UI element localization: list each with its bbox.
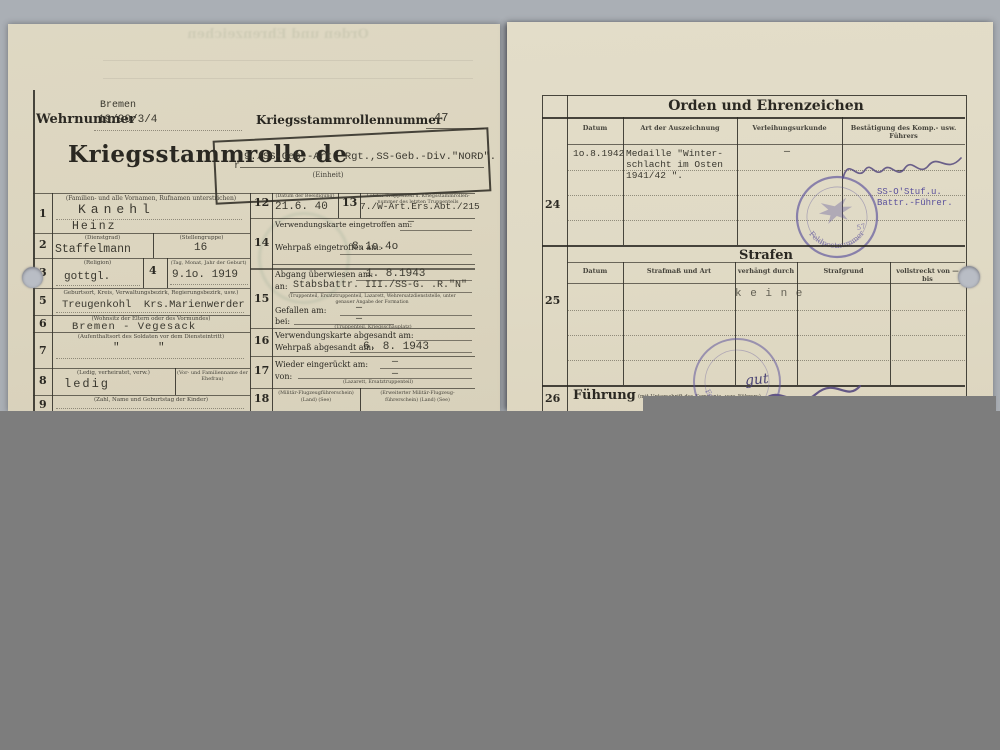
residence-value: Bremen - Vegesack — [72, 321, 196, 333]
wieder-eingerueckt-value: — — [392, 357, 398, 368]
strafen-col-verhaengt: verhängt durch — [735, 267, 797, 275]
wieder-eingerueckt-label: Wieder eingerückt am: — [275, 360, 368, 369]
cell-divider — [143, 258, 144, 288]
row-divider — [250, 388, 475, 389]
field-rule — [56, 312, 244, 313]
orden-col-bestaetigung: Bestätigung des Komp.- usw. Führers — [842, 124, 965, 140]
field-rule — [298, 378, 472, 379]
firstname-value: Heinz — [72, 220, 117, 233]
strafen-col-vollstreckt: vollstreckt von — bis — [890, 267, 965, 283]
column-divider — [623, 117, 624, 245]
row-number: 1 — [39, 207, 47, 220]
wehrnummer-value: 19/90/3/4 — [98, 114, 157, 126]
dienstgrad-value: Staffelmann — [55, 243, 131, 256]
field-rule — [56, 408, 244, 409]
abgang-an-value: Stabsbattr. III./SS-G. .R."N" — [293, 280, 467, 291]
von-note: (Lazarett, Ersatztruppenteil) — [308, 380, 448, 386]
whereabouts-label: (Aufenthaltsort des Soldaten vor dem Die… — [52, 334, 250, 341]
field-rule — [290, 292, 472, 293]
stammrollennummer-label: Kriegsstammrollennummer — [256, 113, 442, 127]
beeidigung-value: 21.6. 40 — [275, 201, 328, 213]
cell-divider — [338, 193, 339, 218]
gefallen-label: Gefallen am: — [275, 306, 326, 315]
bleed-through-rule — [103, 78, 473, 79]
religion-label: (Religion) — [52, 260, 143, 267]
ditto-mark: " — [158, 342, 165, 354]
row-divider — [33, 288, 250, 289]
verwendungskarte-ein-label: Verwendungskarte eingetroffen am: — [275, 220, 412, 229]
verwendungskarte-ab-label: Verwendungskarte abgesandt am: — [275, 331, 414, 340]
section-divider — [542, 245, 965, 247]
strafen-entry-value: k e i n e — [735, 288, 803, 300]
gefallen-bei-label: bei: — [275, 317, 290, 326]
wehrnummer-city-value: Bremen — [100, 100, 136, 111]
birthplace-value: Treugenkohl Krs.Marienwerder — [62, 299, 245, 311]
gray-cover-bottom — [0, 411, 1000, 750]
ditto-mark: " — [113, 342, 120, 354]
orden-col-datum: Datum — [567, 124, 623, 132]
row-number: 26 — [545, 392, 560, 405]
middle-number-column-line — [250, 193, 251, 412]
strafen-col-strafmass: Strafmaß und Art — [623, 267, 735, 275]
entry-rule — [567, 310, 965, 311]
field-rule — [350, 352, 472, 353]
field-rule — [400, 230, 472, 231]
row-divider — [33, 395, 250, 396]
verwendungskarte-ein-value: — — [408, 217, 414, 228]
wehrpass-ein-value: 8.1o.4o — [352, 241, 398, 253]
signer-rank-line1: SS-O'Stuf.u. — [877, 187, 942, 197]
row-number: 7 — [39, 344, 47, 357]
row-divider — [250, 218, 475, 219]
last-unit-value: 7./W-Art.Ers.Abt./215 — [360, 201, 480, 212]
eagle-emblem — [817, 197, 855, 226]
row-number: 9 — [39, 398, 47, 411]
section-title-divider — [567, 262, 965, 263]
stellengruppe-label: (Stellengruppe) — [153, 235, 250, 242]
header-row-divider — [567, 144, 965, 145]
row-number: 8 — [39, 374, 47, 387]
religion-value: gottgl. — [64, 271, 110, 283]
bleed-through-rule — [103, 60, 473, 61]
form-left-border — [33, 90, 35, 412]
flugzeugfuehrerschein-label-line1: (Militär-Flugzeugführerschein) — [272, 391, 360, 397]
erweiterter-schein-label-line2: führerschein) (Land) (See) — [360, 398, 475, 404]
row-number: 15 — [254, 292, 269, 305]
gray-cover-notch — [643, 396, 996, 412]
award-name-line2: schlacht im Osten — [626, 159, 723, 170]
row-divider — [33, 368, 250, 369]
row-number-column-line — [52, 193, 53, 412]
marital-status-label: (Ledig, verheiratet, verw.) — [52, 370, 175, 377]
row-number: 13 — [342, 196, 357, 209]
wehrnummer-rule — [94, 130, 242, 131]
stammrollennummer-value: 47 — [434, 111, 448, 125]
header-row-divider — [567, 283, 965, 284]
award-name-line3: 1941/42 ". — [626, 170, 683, 181]
signer-rank-line2: Battr.-Führer. — [877, 198, 953, 208]
birthdate-label: (Tag, Monat, Jahr der Geburt) — [167, 260, 250, 266]
column-divider — [737, 117, 738, 245]
field-rule — [272, 264, 475, 265]
field-rule — [340, 254, 472, 255]
punch-hole-left — [22, 267, 43, 288]
abgang-note-line2: genauer Angabe der Formation — [272, 300, 472, 306]
row-number: 14 — [254, 236, 269, 249]
row-number: 24 — [545, 198, 560, 211]
field-rule — [56, 285, 140, 286]
row-divider — [33, 258, 250, 259]
wehrpass-ab-label: Wehrpaß abgesandt am: — [275, 343, 374, 352]
wife-name-label: (Vor- und Familienname der Ehefrau) — [175, 370, 250, 383]
fuehrung-label: Führung — [573, 388, 636, 403]
marital-status-value: ledig — [64, 377, 110, 391]
stamp-number: 57 — [856, 222, 866, 232]
gefallen-value: — — [356, 303, 362, 314]
orden-section-title: Orden und Ehrenzeichen — [567, 98, 965, 114]
urkunde-dash: — — [784, 147, 790, 158]
field-rule — [56, 358, 244, 359]
erweiterter-schein-label-line1: (Erweiterter Militär-Flugzeug- — [360, 391, 475, 397]
column-divider — [797, 262, 798, 385]
orden-col-urkunde: Verleihungsurkunde — [737, 124, 842, 132]
row-number: 5 — [39, 294, 47, 307]
kriegsstammrolle-right-page: Orden und Ehrenzeichen Datum Art der Aus… — [507, 22, 993, 412]
dienstgrad-label: (Dienstgrad) — [52, 235, 153, 242]
abgang-value: 1. 8.1943 — [366, 268, 425, 280]
row-number: 18 — [254, 392, 269, 405]
row-number: 25 — [545, 294, 560, 307]
award-name-line1: Medaille "Winter- — [626, 148, 723, 159]
strafen-section-title: Strafen — [567, 248, 965, 263]
kriegsstammrolle-left-page: Orden und Ehrenzeichen Wehrnummer Bremen… — [8, 24, 500, 412]
children-label: (Zahl, Name und Geburtstag der Kinder) — [52, 397, 250, 404]
abgang-label: Abgang überwiesen am: — [275, 270, 373, 279]
flugzeugfuehrerschein-label-line2: (Land) (See) — [272, 398, 360, 404]
stellengruppe-value: 16 — [194, 242, 207, 254]
row-number: 6 — [39, 317, 47, 330]
birthplace-label: Geburtsort, Kreis, Verwaltungsbezirk, Re… — [52, 290, 250, 297]
strafen-col-strafgrund: Strafgrund — [797, 267, 890, 275]
strafen-col-datum: Datum — [567, 267, 623, 275]
von-label: von: — [275, 372, 292, 381]
award-date-value: 1o.8.1942 — [573, 148, 624, 159]
row-number: 4 — [149, 264, 157, 277]
section-divider — [542, 117, 965, 119]
row-number: 17 — [254, 364, 269, 377]
photo-background: Orden und Ehrenzeichen Wehrnummer Bremen… — [0, 0, 1000, 750]
column-divider — [623, 262, 624, 385]
beeidigung-label: (Datum der Beeidigung) — [272, 194, 338, 200]
abgang-note-line1: (Truppenteil, Ersatztruppenteil, Lazaret… — [272, 294, 472, 300]
birthdate-value: 9.1o. 1919 — [172, 269, 238, 281]
bleed-through-text: Orden und Ehrenzeichen — [148, 27, 408, 42]
row-divider — [33, 233, 250, 234]
entry-rule — [567, 220, 965, 221]
abgang-an-label: an: — [275, 282, 288, 291]
row-divider — [250, 356, 475, 357]
orden-col-art: Art der Auszeichnung — [623, 124, 737, 132]
surname-value: Kanehl — [78, 202, 155, 217]
entry-rule — [567, 335, 965, 336]
row-number: 2 — [39, 238, 47, 251]
row-number: 16 — [254, 334, 269, 347]
field-rule — [170, 284, 248, 285]
row-number: 12 — [254, 196, 269, 209]
punch-hole-right — [958, 266, 980, 288]
